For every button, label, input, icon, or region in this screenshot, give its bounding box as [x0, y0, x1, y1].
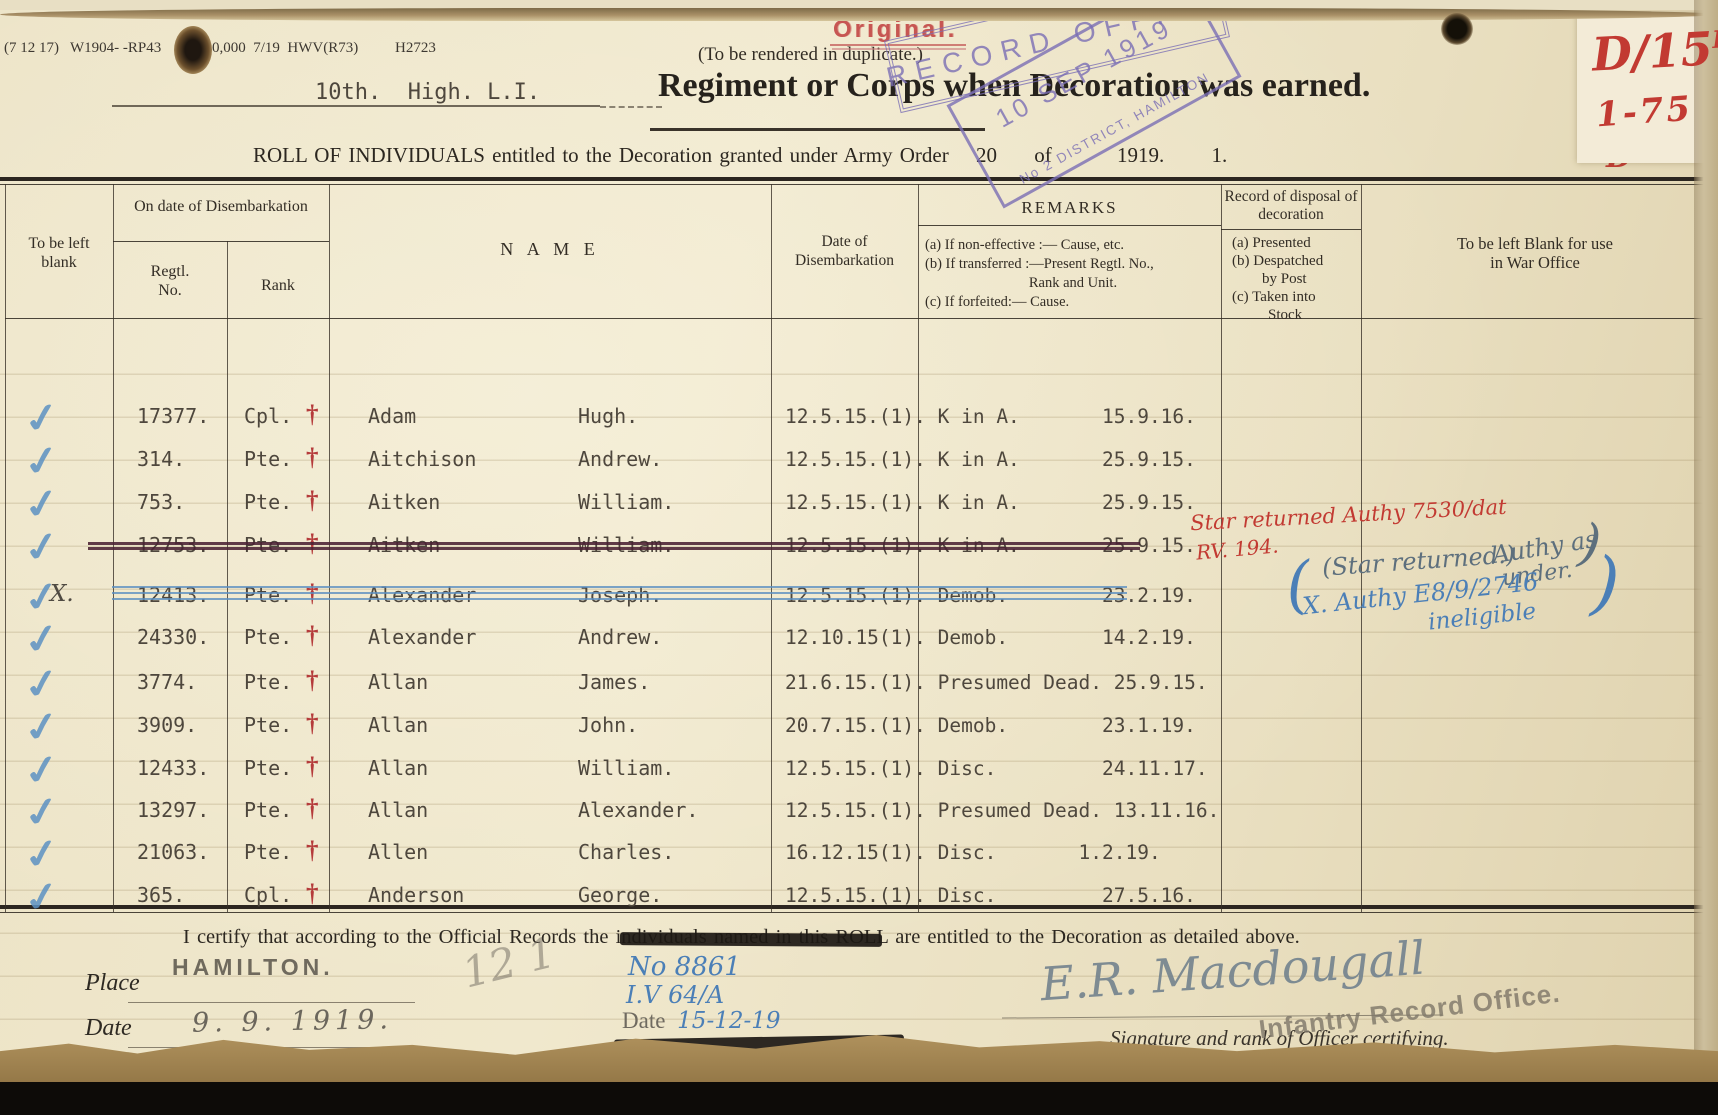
regtl-no-cell: 753. [137, 490, 185, 514]
dagger-icon: † [306, 880, 319, 908]
forename-cell: William. [578, 490, 674, 514]
strikethrough-line [88, 542, 1140, 545]
header-disposal-c2: Stock [1268, 306, 1360, 325]
surname-cell: Allan [368, 713, 428, 737]
rank-cell: Pte. [244, 840, 292, 864]
receipt-date: Date 15-12-19 [622, 1008, 781, 1034]
right-page-edge [1694, 0, 1718, 1115]
header-disposal-b: (b) Despatched [1232, 252, 1360, 271]
disembarkation-remarks-cell: 12.5.15.(1). Disc. 24.11.17. [785, 757, 1208, 780]
dagger-icon: † [306, 667, 319, 695]
dagger-icon: † [306, 401, 319, 429]
forename-cell: Hugh. [578, 404, 638, 428]
unit-name: 10th. High. L.I. [315, 80, 540, 105]
rank-cell: Pte. [244, 713, 292, 737]
table-row: ✓314.Pte.†AitchisonAndrew.12.5.15.(1). K… [0, 447, 1718, 477]
rank-cell: Pte. [244, 670, 292, 694]
forename-cell: Alexander. [578, 798, 698, 822]
surname-cell: Anderson [368, 883, 464, 907]
regtl-no-cell: 314. [137, 447, 185, 471]
header-remarks-b2: Rank and Unit. [925, 274, 1221, 293]
dagger-icon: † [306, 795, 319, 823]
disembarkation-remarks-cell: 21.6.15.(1). Presumed Dead. 25.9.15. [785, 671, 1208, 694]
regtl-no-cell: 3909. [137, 713, 197, 737]
rank-cell: Pte. [244, 447, 292, 471]
receipt-date-value: 15-12-19 [677, 1008, 780, 1034]
disposal-underline [1221, 229, 1361, 230]
surname-cell: Adam [368, 404, 416, 428]
table-row: ✓3909.Pte.†AllanJohn.20.7.15.(1). Demob.… [0, 713, 1718, 743]
form-reference: H2723 [395, 40, 436, 57]
table-row: ✓12433.Pte.†AllanWilliam.12.5.15.(1). Di… [0, 756, 1718, 786]
regtl-no-cell: 17377. [137, 404, 209, 428]
strikethrough-line [112, 598, 1127, 600]
table-top-rule [0, 177, 1712, 181]
table-row: ✓21063.Pte.†AllenCharles.16.12.15(1). Di… [0, 840, 1718, 870]
form-reference: 0,000 7/19 HWV(R73) [212, 40, 358, 57]
header-date-of-disembarkation: Date of Disembarkation [771, 232, 918, 270]
regtl-no-cell: 3774. [137, 670, 197, 694]
table-row: ✓3774.Pte.†AllanJames.21.6.15.(1). Presu… [0, 670, 1718, 700]
surname-cell: Alexander [368, 625, 476, 649]
disembarkation-remarks-cell: 12.5.15.(1). Presumed Dead. 13.11.16. [785, 799, 1219, 822]
surname-cell: Aitken [368, 490, 440, 514]
forename-cell: Andrew. [578, 447, 662, 471]
dagger-icon: † [306, 622, 319, 650]
filing-ref-superscript: B [1711, 24, 1718, 54]
dagger-icon: † [306, 444, 319, 472]
regtl-no-cell: 365. [137, 883, 185, 907]
place-line [128, 1002, 415, 1003]
regtl-no-cell: 24330. [137, 625, 209, 649]
surname-cell: Allen [368, 840, 428, 864]
dagger-icon: † [306, 487, 319, 515]
remarks-underline [918, 225, 1221, 226]
rank-cell: Pte. [244, 756, 292, 780]
header-on-date: On date of Disembarkation [113, 197, 329, 216]
disembarkation-remarks-cell: 12.10.15(1). Demob. 14.2.19. [785, 626, 1196, 649]
punch-hole-icon [1441, 13, 1473, 45]
regtl-no-cell: 12753. [137, 533, 209, 557]
receipt-date-label: Date [622, 1008, 665, 1033]
header-remarks-b: (b) If transferred :—Present Regtl. No., [925, 255, 1221, 274]
header-name: N A M E [329, 240, 771, 259]
receipt-number: No 8861 [628, 952, 741, 982]
punch-hole-icon [174, 26, 212, 74]
forename-cell: Charles. [578, 840, 674, 864]
disembarkation-remarks-cell: 12.5.15.(1). K in A. 25.9.15. [785, 448, 1196, 471]
forename-cell: Andrew. [578, 625, 662, 649]
strikethrough-line [112, 586, 1127, 588]
regtl-no-cell: 12433. [137, 756, 209, 780]
header-disposal: Record of disposal of decoration [1224, 188, 1358, 224]
disembarkation-remarks-cell: 20.7.15.(1). Demob. 23.1.19. [785, 714, 1196, 737]
forename-cell: William. [578, 756, 674, 780]
forename-cell: George. [578, 883, 662, 907]
blue-paren-close: ) [1589, 541, 1622, 625]
receipt-iv-ref: I.V 64/A [626, 981, 724, 1009]
unit-underline [112, 105, 600, 107]
rank-cell: Pte. [244, 625, 292, 649]
rank-cell: Cpl. [244, 883, 292, 907]
rank-cell: Pte. [244, 490, 292, 514]
filing-ref-range: 1-75 [1595, 89, 1695, 136]
disembarkation-remarks-cell: 12.5.15.(1). K in A. 25.9.15. [785, 491, 1196, 514]
roll-year: 1919. [1117, 143, 1164, 167]
header-rank: Rank [227, 276, 329, 295]
dagger-icon: † [306, 837, 319, 865]
surname-cell: Allan [368, 756, 428, 780]
roll-heading-text: ROLL OF INDIVIDUALS entitled to the Deco… [253, 143, 949, 167]
ink-smear [620, 932, 882, 947]
disembarkation-remarks-cell: 12.5.15.(1). K in A. 15.9.16. [785, 405, 1196, 428]
dagger-icon: † [306, 710, 319, 738]
roll-page-number: 1. [1211, 143, 1227, 167]
table-row: ✓365.Cpl.†AndersonGeorge.12.5.15.(1). Di… [0, 883, 1718, 913]
rank-cell: Cpl. [244, 404, 292, 428]
forename-cell: John. [578, 713, 638, 737]
header-war-office: To be left Blank for use in War Office [1455, 234, 1615, 272]
dagger-icon: † [306, 753, 319, 781]
place-stamp: HAMILTON. [172, 954, 334, 981]
disembarkation-remarks-cell: 12.5.15.(1). K in A. 25.9.15. [785, 534, 1196, 557]
header-disposal-b2: by Post [1262, 270, 1360, 289]
title-rule [650, 128, 985, 131]
scanner-background [0, 1082, 1718, 1115]
header-remarks: REMARKS [918, 198, 1221, 217]
table-row: ✓13297.Pte.†AllanAlexander.12.5.15.(1). … [0, 798, 1718, 828]
disembarkation-remarks-cell: 12.5.15.(1). Disc. 27.5.16. [785, 884, 1196, 907]
surname-cell: Aitken [368, 533, 440, 557]
surname-cell: Aitchison [368, 447, 476, 471]
x-mark-annotation: X. [50, 581, 74, 607]
header-bottom-rule [5, 318, 1710, 319]
forename-cell: James. [578, 670, 650, 694]
header-to-be-left-blank: To be left blank [24, 234, 94, 272]
place-label: Place [85, 970, 140, 997]
table-top-rule-thin [0, 184, 1712, 185]
surname-cell: Allan [368, 798, 428, 822]
form-reference: (7 12 17) W1904- -RP43 [4, 40, 161, 57]
header-disposal-a: (a) Presented [1232, 234, 1360, 253]
on-date-underline [113, 241, 329, 242]
header-regtl-no: Regtl. No. [140, 262, 200, 300]
date-label: Date [85, 1015, 132, 1042]
date-handwritten: 9. 9. 1919. [192, 1004, 393, 1039]
rank-cell: Pte. [244, 533, 292, 557]
disembarkation-remarks-cell: 16.12.15(1). Disc. 1.2.19. [785, 841, 1161, 864]
regtl-no-cell: 21063. [137, 840, 209, 864]
unit-underline-dashes [600, 96, 662, 108]
rank-cell: Pte. [244, 798, 292, 822]
regtl-no-cell: 13297. [137, 798, 209, 822]
filing-ref-primary: D/15B [1591, 20, 1718, 81]
scanned-document-page: (7 12 17) W1904- -RP43 0,000 7/19 HWV(R7… [0, 0, 1718, 1115]
header-remarks-a: (a) If non-effective :— Cause, etc. [925, 236, 1221, 255]
strikethrough-line [112, 592, 1127, 594]
header-disposal-c: (c) Taken into [1232, 288, 1360, 307]
surname-cell: Allan [368, 670, 428, 694]
strikethrough-line [88, 547, 1140, 550]
forename-cell: William. [578, 533, 674, 557]
table-row: ✓17377.Cpl.†AdamHugh.12.5.15.(1). K in A… [0, 404, 1718, 434]
header-remarks-c: (c) If forfeited:— Cause. [925, 293, 1221, 312]
